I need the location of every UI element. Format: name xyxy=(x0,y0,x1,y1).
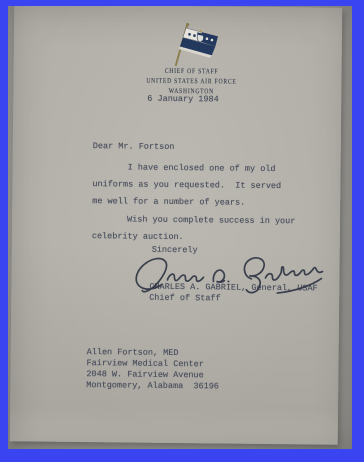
flag-wrap xyxy=(28,20,352,67)
usaf-chief-of-staff-flag-icon xyxy=(161,22,223,69)
body-line: me well for a number of years. xyxy=(92,194,295,213)
body-line: uniforms as you requested. It served xyxy=(92,176,295,195)
letter-body: I have enclosed one of my old uniforms a… xyxy=(92,159,296,247)
signature-script xyxy=(127,246,330,300)
recipient-address: Allen Fortson, MED Fairview Medical Cent… xyxy=(86,347,219,392)
letter-paper: CHIEF OF STAFF UNITED STATES AIR FORCE W… xyxy=(10,6,343,445)
salutation: Dear Mr. Fortson xyxy=(93,141,175,152)
body-line: I have enclosed one of my old xyxy=(92,159,295,178)
address-line: Montgomery, Alabama 36196 xyxy=(86,380,219,392)
letterhead: CHIEF OF STAFF UNITED STATES AIR FORCE W… xyxy=(27,20,352,97)
body-line: Wish you complete success in your xyxy=(92,211,295,230)
photo-frame: CHIEF OF STAFF UNITED STATES AIR FORCE W… xyxy=(0,0,364,462)
date-line: 6 January 1984 xyxy=(147,94,219,105)
letter-photograph: CHIEF OF STAFF UNITED STATES AIR FORCE W… xyxy=(8,6,352,449)
